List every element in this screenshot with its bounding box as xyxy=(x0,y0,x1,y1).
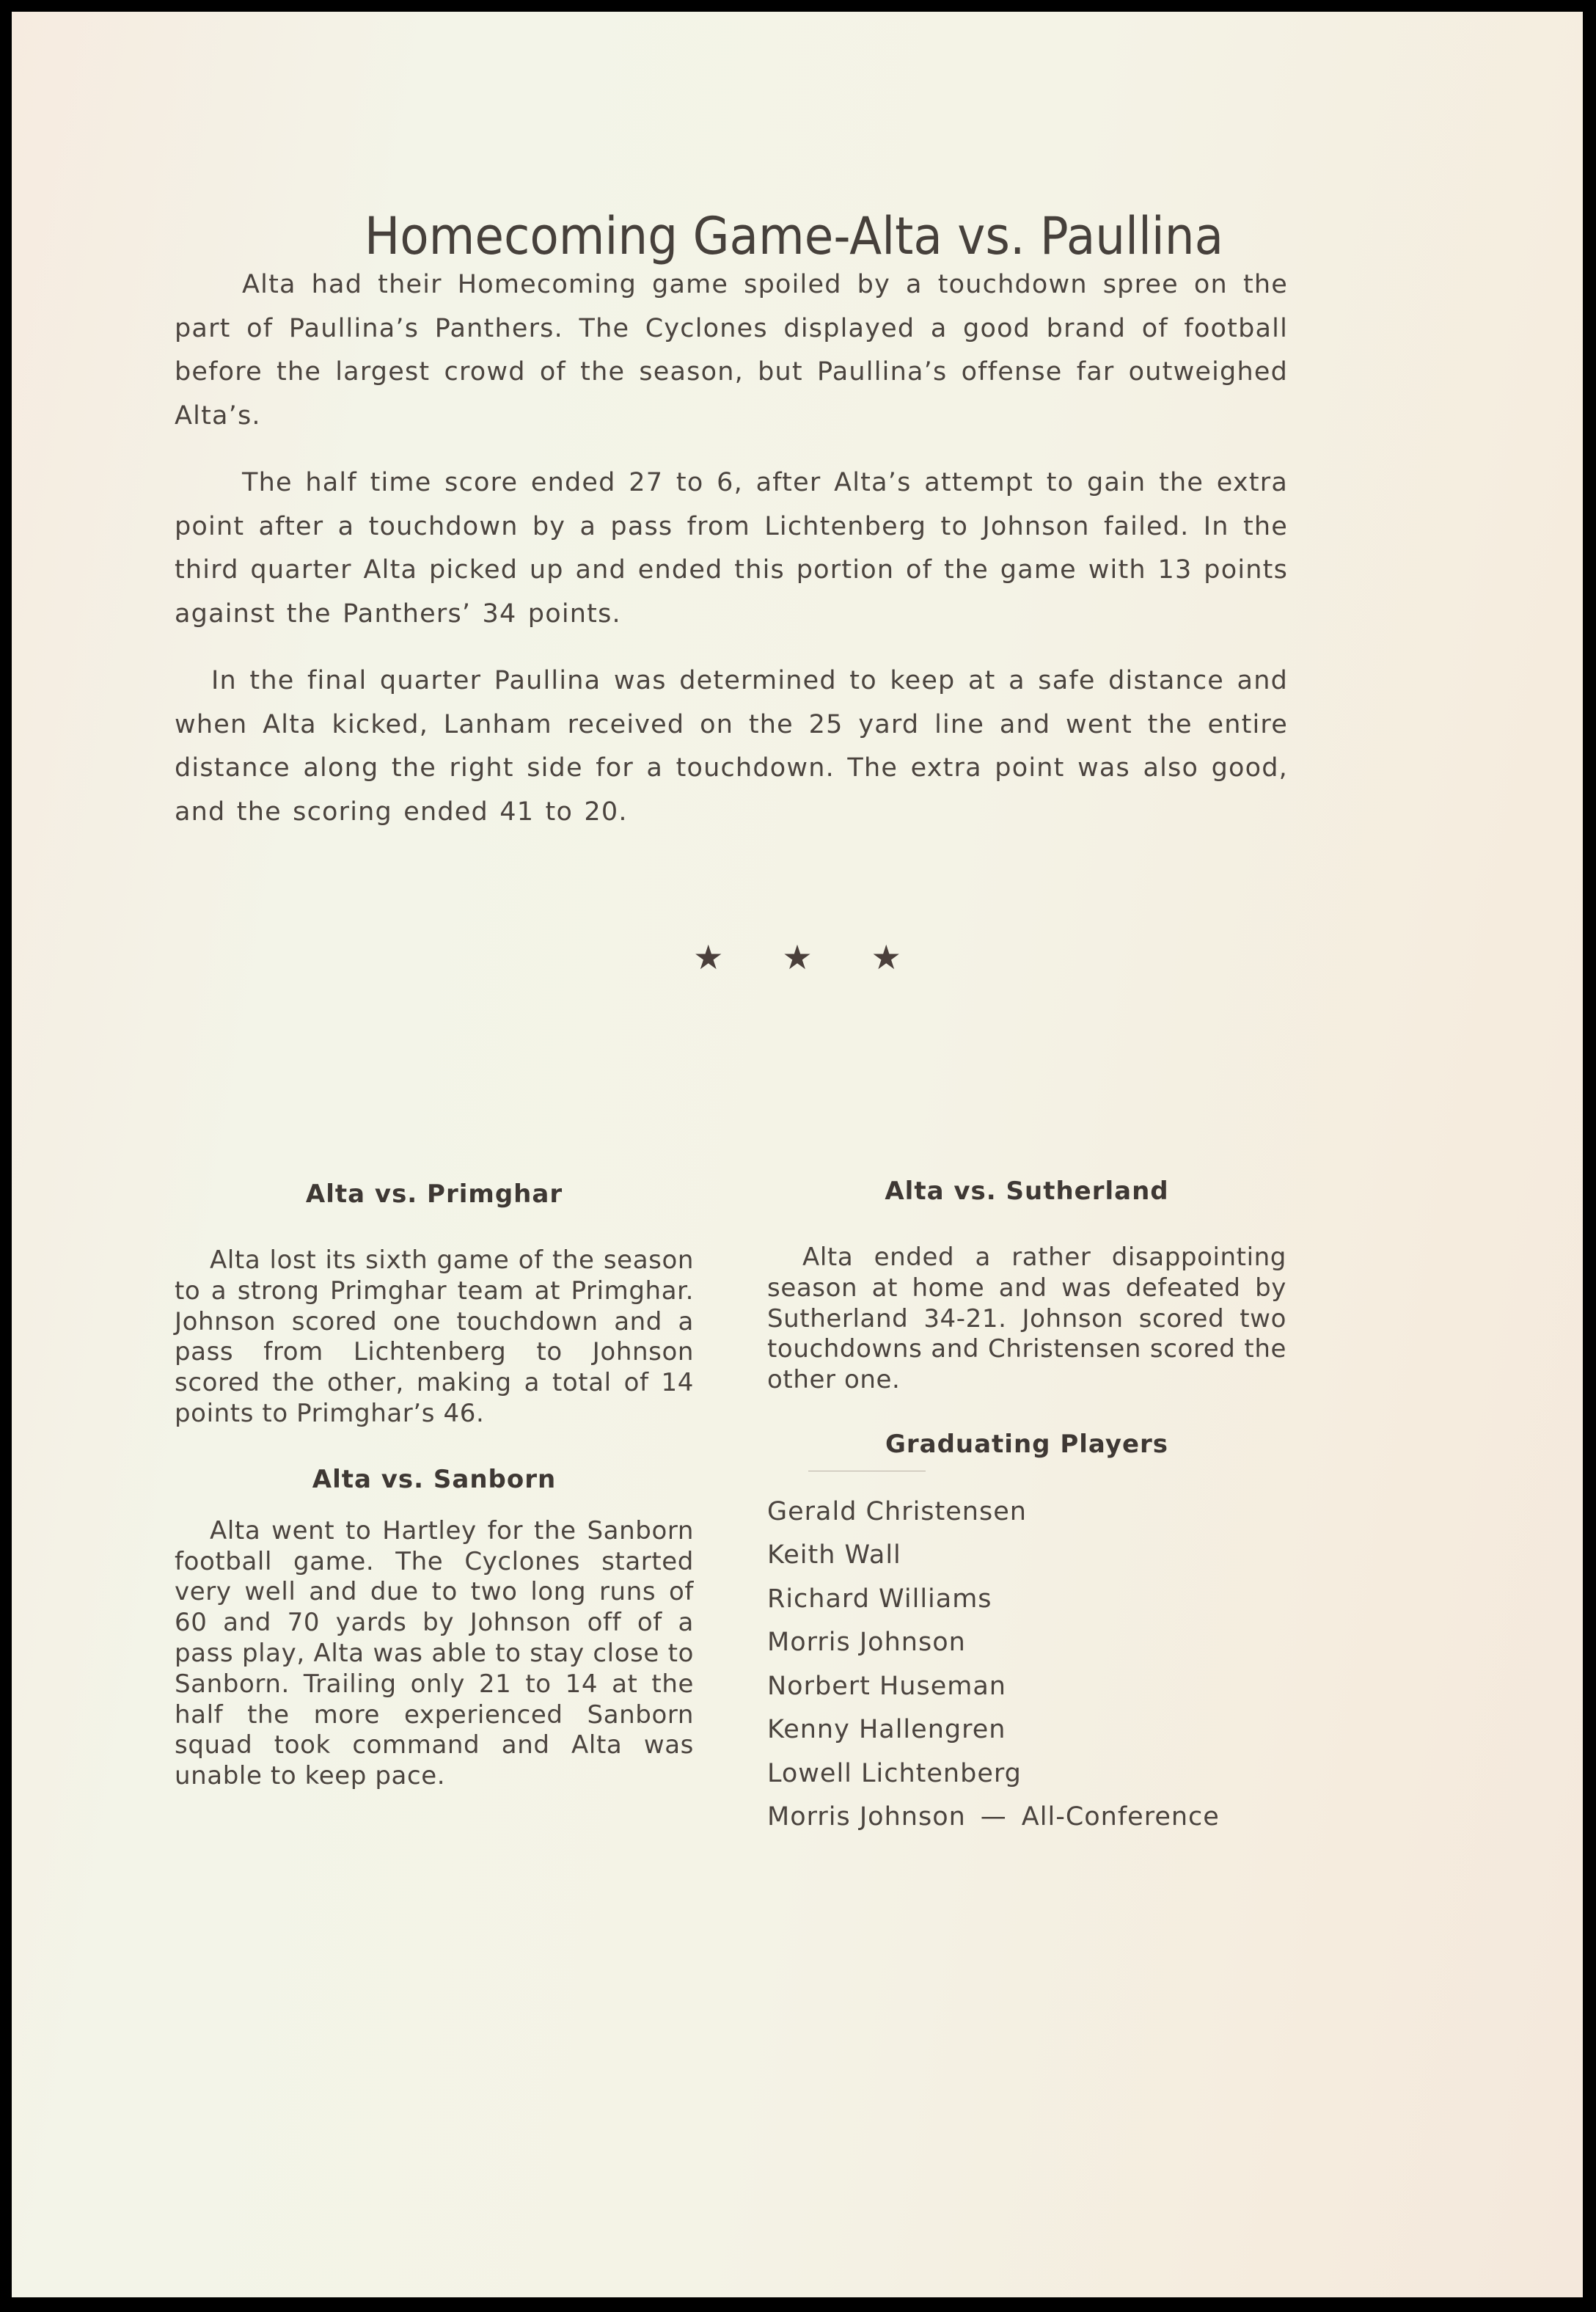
article-paragraph: Alta had their Homecoming game spoiled b… xyxy=(175,263,1288,438)
section-graduating-players: Graduating Players Gerald Christensen Ke… xyxy=(767,1430,1286,1840)
player-name: Lowell Lichtenberg xyxy=(767,1752,1286,1796)
em-dash: — xyxy=(981,1802,1007,1832)
player-name: Kenny Hallengren xyxy=(767,1708,1286,1752)
article-paragraph: In the final quarter Paullina was determ… xyxy=(175,659,1288,834)
star-divider: ★★★ xyxy=(12,937,1583,977)
right-column: Alta vs. Sutherland Alta ended a rather … xyxy=(767,1177,1286,1840)
player-name: Richard Williams xyxy=(767,1578,1286,1622)
yearbook-page: Homecoming Game-Alta vs. Paullina Alta h… xyxy=(12,12,1583,2297)
player-list: Gerald Christensen Keith Wall Richard Wi… xyxy=(767,1490,1286,1840)
player-name: Gerald Christensen xyxy=(767,1490,1286,1534)
honor-entry: Morris Johnson—All-Conference xyxy=(767,1796,1286,1840)
section-primghar: Alta vs. Primghar Alta lost its sixth ga… xyxy=(175,1179,694,1430)
main-article: Alta had their Homecoming game spoiled b… xyxy=(175,263,1288,857)
section-sanborn: Alta vs. Sanborn Alta went to Hartley fo… xyxy=(175,1465,694,1792)
star-icon: ★ xyxy=(871,937,901,977)
section-heading: Alta vs. Primghar xyxy=(175,1179,694,1209)
left-column: Alta vs. Primghar Alta lost its sixth ga… xyxy=(175,1179,694,1792)
section-heading: Alta vs. Sutherland xyxy=(767,1177,1286,1206)
section-heading: Graduating Players xyxy=(767,1430,1286,1459)
page-title: Homecoming Game-Alta vs. Paullina xyxy=(71,206,1517,266)
article-paragraph: The half time score ended 27 to 6, after… xyxy=(175,461,1288,636)
divider-rule xyxy=(808,1471,926,1471)
honor-award: All-Conference xyxy=(1022,1802,1220,1832)
section-text: Alta lost its sixth game of the season t… xyxy=(175,1245,694,1430)
player-name: Morris Johnson xyxy=(767,1621,1286,1665)
player-name: Norbert Huseman xyxy=(767,1665,1286,1709)
star-icon: ★ xyxy=(693,937,723,977)
honor-player-name: Morris Johnson xyxy=(767,1802,966,1832)
section-text: Alta ended a rather disappointing season… xyxy=(767,1243,1286,1396)
section-heading: Alta vs. Sanborn xyxy=(175,1465,694,1494)
section-text: Alta went to Hartley for the San­born fo… xyxy=(175,1516,694,1792)
star-icon: ★ xyxy=(782,937,812,977)
section-sutherland: Alta vs. Sutherland Alta ended a rather … xyxy=(767,1177,1286,1396)
player-name: Keith Wall xyxy=(767,1534,1286,1578)
